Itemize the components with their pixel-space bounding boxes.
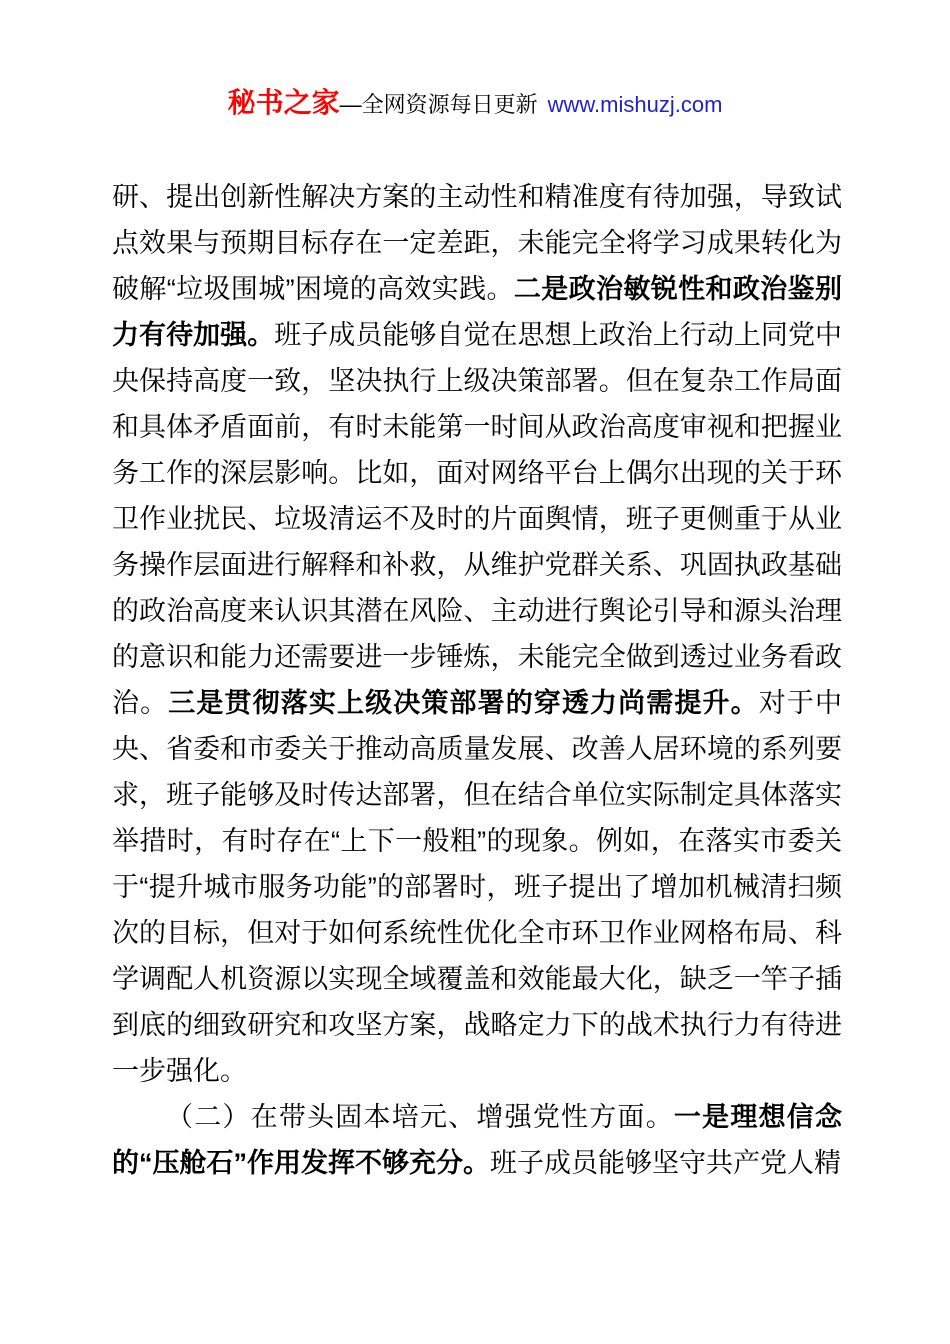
text-run: 班子成员能够坚守共产党人精	[490, 1148, 841, 1178]
brand-text: 秘书之家	[228, 87, 340, 118]
section-two-label-run: （二）在带头固本培元、增强党性方面。	[166, 1102, 674, 1132]
text-run: 对于中央、省委和市委关于推动高质量发展、改善人居环境的系列要求，班子能够及时传达…	[112, 688, 842, 1086]
bold-point-three-heading: 三是贯彻落实上级决策部署的穿透力尚需提升。	[168, 688, 759, 718]
header-tagline: —全网资源每日更新	[340, 92, 538, 117]
header-url-link[interactable]: www.mishuzj.com	[548, 92, 723, 117]
document-body: 研、提出创新性解决方案的主动性和精准度有待加强，导致试点效果与预期目标存在一定差…	[112, 174, 842, 1186]
page-header: 秘书之家—全网资源每日更新www.mishuzj.com	[0, 0, 950, 126]
text-run: 班子成员能够自觉在思想上政治上行动上同党中央保持高度一致，坚决执行上级决策部署。…	[112, 320, 842, 718]
document-page: 秘书之家—全网资源每日更新www.mishuzj.com 研、提出创新性解决方案…	[0, 0, 950, 1344]
paragraph-section-two: （二）在带头固本培元、增强党性方面。一是理想信念的“压舱石”作用发挥不够充分。班…	[112, 1094, 842, 1186]
paragraph-continuation: 研、提出创新性解决方案的主动性和精准度有待加强，导致试点效果与预期目标存在一定差…	[112, 174, 842, 1094]
